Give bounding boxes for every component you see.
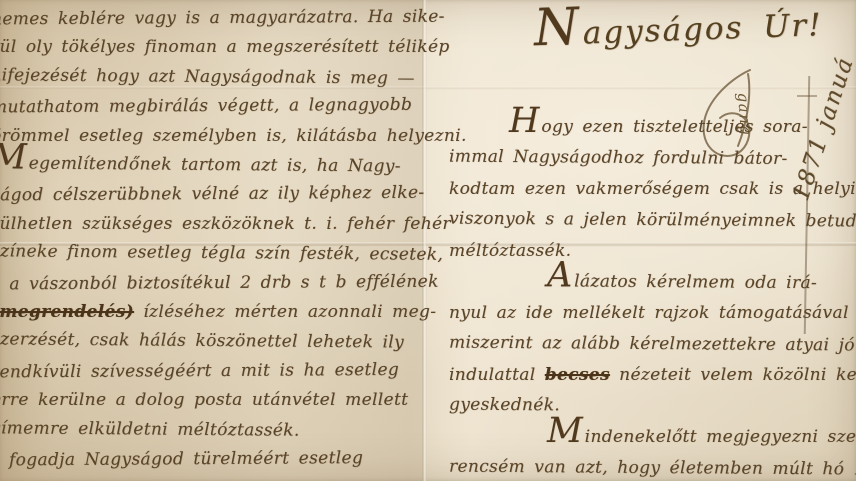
manuscript-line: miszerint az alább kérelmezettekre atyai… [449,328,856,362]
manuscript-line: Mindenekelőtt megjegyezni sze- [449,422,856,453]
manuscript-line: méltóztassék. [449,236,856,267]
letter-salutation: Nagyságos Úr! [533,7,834,53]
manuscript-line: Megemlítendőnek tartom azt is, ha Nagy- [0,149,436,182]
right-page: Hogy ezen tiszteletteljes sora- immal Na… [449,112,856,481]
manuscript-line: rendkívüli szívességéért a mit is ha ese… [0,356,436,388]
manuscript-line: szerzését, csak hálás köszönettel lehete… [0,326,436,359]
manuscript-line: rencsém van azt, hogy életemben múlt hó … [449,452,856,481]
manuscript-line: ságod célszerübbnek vélné az ily képhez … [0,179,436,211]
manuscript-line: s a vászonból biztosítékul 2 drb s t b e… [0,267,436,299]
manuscript-line: gyeskednék. [449,390,856,424]
manuscript-line: kodtam ezen vakmerőségem csak is a helyi [449,174,856,205]
line-text: nézeteit velem közölni ke- [610,365,856,385]
manuscript-line: Alázatos kérelmem oda irá- [449,266,856,300]
struck-word: becses [545,365,610,385]
line-text: indulattal [449,365,545,385]
manuscript-line: viszonyok s a jelen körülményeimnek betu… [449,204,856,238]
manuscript-line: erre kerülne a dolog posta utánvétel mel… [0,386,436,415]
manuscript-line: Hogy ezen tiszteletteljes sora- [449,112,856,143]
manuscript-line: nyul az ide mellékelt rajzok támogatásáv… [449,298,856,329]
manuscript-line: örömmel esetleg személyben is, kilátásba… [0,122,436,151]
manuscript-line: fogadja Nagyságod türelméért esetleg [0,444,436,476]
manuscript-line: színeke finom esetleg tégla szín festék,… [0,238,436,271]
line-text: ízléséhez mérten azonnali meg- [134,302,436,322]
manuscript-line-with-strikethrough: (megrendelés) ízléséhez mérten azonnali … [0,298,436,327]
manuscript-line: nemes keblére vagy is a magyarázatra. Ha… [0,3,436,35]
manuscript-line: rül oly tökélyes finoman a megszerésítet… [0,33,436,62]
struck-word: (megrendelés) [0,302,134,322]
manuscript-line: rülhetlen szükséges eszközöknek t. i. fe… [0,210,436,239]
manuscript-line: immal Nagyságodhoz fordulni bátor- [449,142,856,176]
manuscript-scan: szíves jóságát megköszönve maradtam a ma… [0,0,856,481]
manuscript-line-with-strikethrough: indulattal becses nézeteit velem közölni… [449,360,856,391]
manuscript-line: címemre elküldetni méltóztassék. [0,414,436,447]
pen-line-tick [797,95,817,97]
manuscript-line: kifejezését hogy azt Nagyságodnak is meg… [0,61,436,94]
left-page: nemes keblére vagy is a magyarázatra. Ha… [0,4,436,475]
manuscript-line: mutathatom megbirálás végett, a legnagyo… [0,91,436,123]
